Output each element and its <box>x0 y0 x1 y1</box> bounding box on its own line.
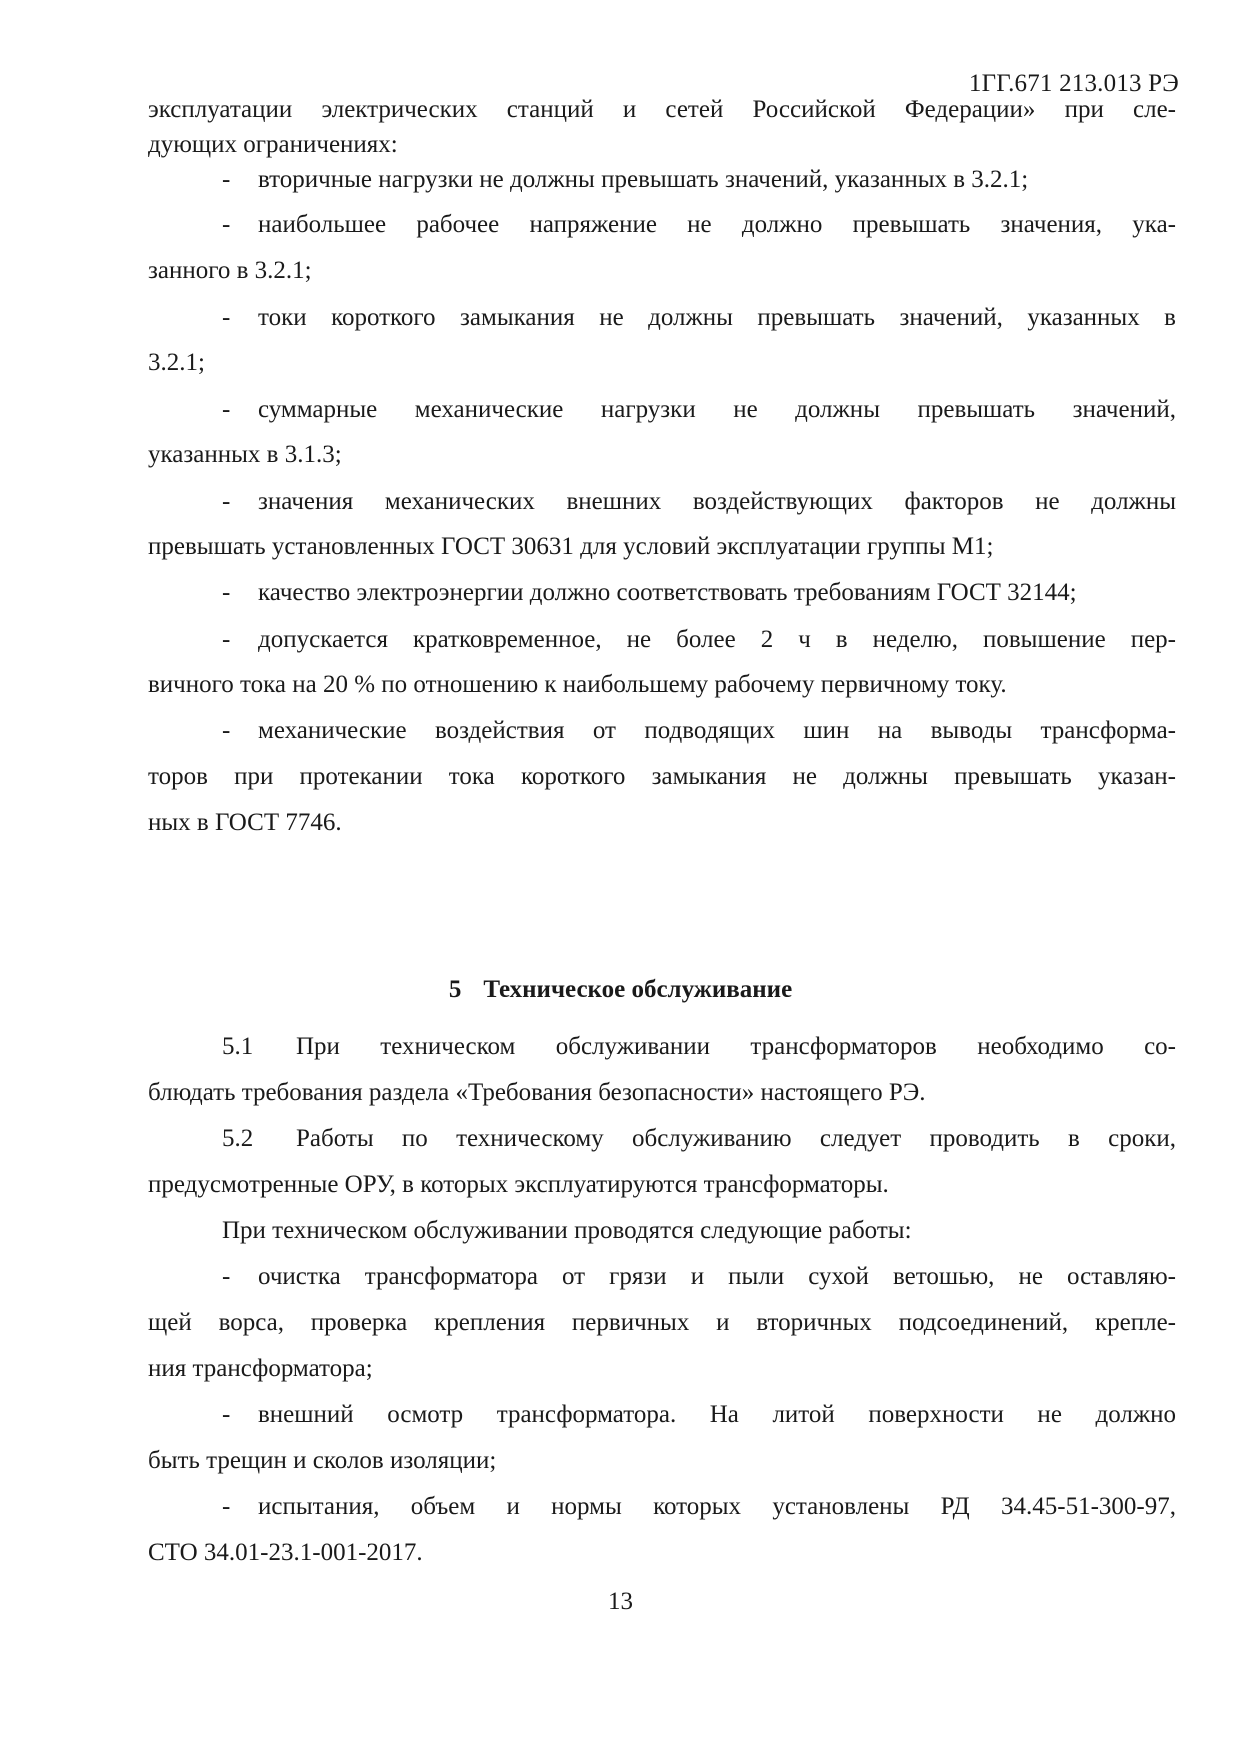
list-dash: - <box>222 165 258 195</box>
intro-line: эксплуатации электрических станций и сет… <box>148 95 1176 125</box>
work-continuation: СТО 34.01-23.1-001-2017. <box>148 1538 1176 1568</box>
work-continuation: ния трансформатора; <box>148 1354 1176 1384</box>
condition-item: - суммарные механические нагрузки не дол… <box>222 395 1176 425</box>
condition-continuation: ных в ГОСТ 7746. <box>148 808 1176 838</box>
list-dash: - <box>222 1492 258 1522</box>
list-dash: - <box>222 303 258 333</box>
list-dash: - <box>222 210 258 240</box>
clause-continuation: предусмотренные ОРУ, в которых эксплуати… <box>148 1170 1176 1200</box>
list-dash: - <box>222 395 258 425</box>
works-intro: При техническом обслуживании проводятся … <box>222 1216 1176 1246</box>
work-item: - очистка трансформатора от грязи и пыли… <box>222 1262 1176 1292</box>
intro-line: дующих ограничениях: <box>148 130 1176 160</box>
condition-item: - качество электроэнергии должно соответ… <box>222 578 1176 608</box>
list-dash: - <box>222 1400 258 1430</box>
work-continuation: быть трещин и сколов изоляции; <box>148 1446 1176 1476</box>
condition-continuation: торов при протекании тока короткого замы… <box>148 762 1176 792</box>
condition-item: - вторичные нагрузки не должны превышать… <box>222 165 1176 195</box>
condition-item: - значения механических внешних воздейст… <box>222 487 1176 517</box>
document-page: 1ГГ.671 213.013 РЭ эксплуатации электрич… <box>0 0 1241 1755</box>
condition-continuation: занного в 3.2.1; <box>148 256 1176 286</box>
condition-continuation: 3.2.1; <box>148 348 1176 378</box>
condition-continuation: вичного тока на 20 % по отношению к наиб… <box>148 670 1176 700</box>
document-code: 1ГГ.671 213.013 РЭ <box>969 70 1179 98</box>
condition-item: - наибольшее рабочее напряжение не должн… <box>222 210 1176 240</box>
condition-continuation: превышать установленных ГОСТ 30631 для у… <box>148 532 1176 562</box>
list-dash: - <box>222 1262 258 1292</box>
section-heading: 5Техническое обслуживание <box>0 975 1241 1005</box>
condition-item: - токи короткого замыкания не должны пре… <box>222 303 1176 333</box>
clause-number: 5.2 <box>222 1124 296 1154</box>
section-number: 5 <box>449 976 462 1003</box>
work-item: - испытания, объем и нормы которых устан… <box>222 1492 1176 1522</box>
work-item: - внешний осмотр трансформатора. На лито… <box>222 1400 1176 1430</box>
clause-continuation: блюдать требования раздела «Требования б… <box>148 1078 1176 1108</box>
clause-5-1: 5.1 При техническом обслуживании трансфо… <box>222 1032 1176 1062</box>
work-continuation: щей ворса, проверка крепления первичных … <box>148 1308 1176 1338</box>
page-number: 13 <box>0 1588 1241 1616</box>
section-title: Техническое обслуживание <box>483 976 792 1003</box>
list-dash: - <box>222 625 258 655</box>
list-dash: - <box>222 487 258 517</box>
condition-item: - механические воздействия от подводящих… <box>222 716 1176 746</box>
list-dash: - <box>222 716 258 746</box>
list-dash: - <box>222 578 258 608</box>
clause-number: 5.1 <box>222 1032 296 1062</box>
condition-item: - допускается кратковременное, не более … <box>222 625 1176 655</box>
condition-continuation: указанных в 3.1.3; <box>148 440 1176 470</box>
clause-5-2: 5.2 Работы по техническому обслуживанию … <box>222 1124 1176 1154</box>
